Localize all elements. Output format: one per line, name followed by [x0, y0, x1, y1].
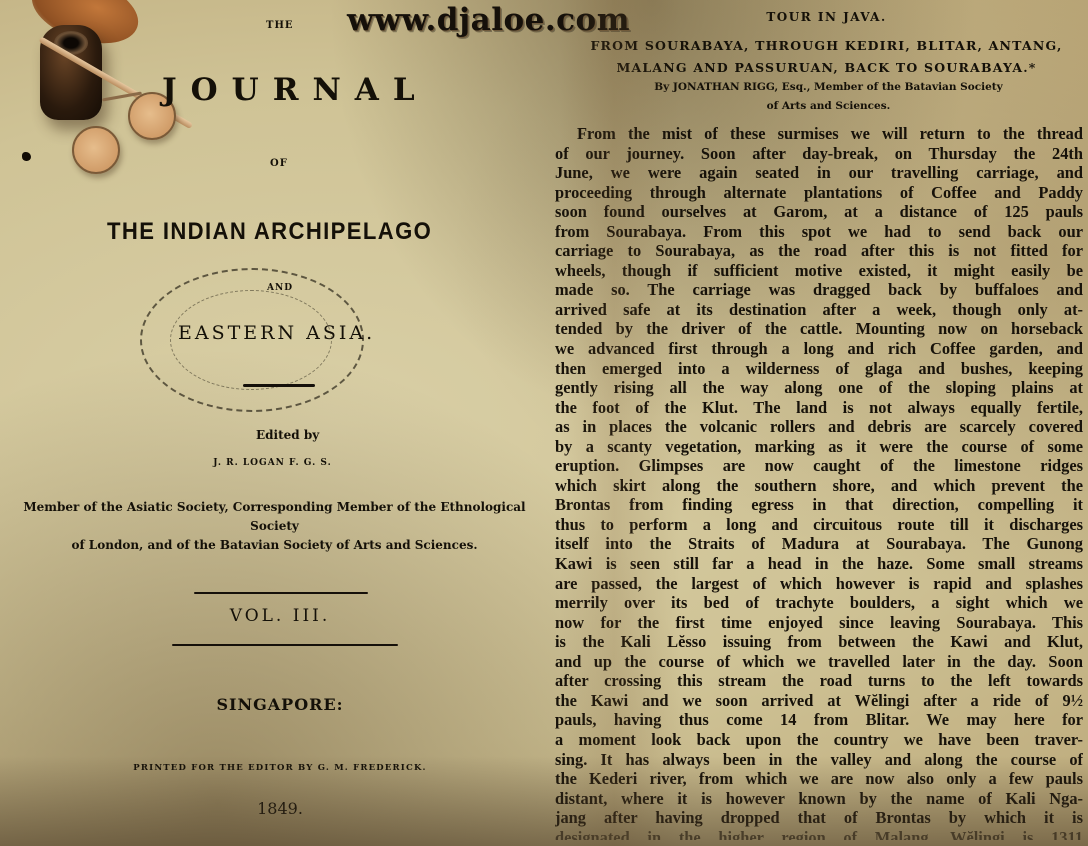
editor-name: J. R. LOGAN F. G. S. — [0, 458, 545, 468]
article-body-line: is the Kali Lĕsso issuing from between t… — [555, 632, 1083, 652]
site-watermark: www.djaloe.com — [347, 2, 630, 38]
article-body-line: pauls, having thus come 14 from Blitar. … — [555, 710, 1083, 730]
title-of: OF — [270, 158, 288, 169]
edited-by-label: Edited by — [256, 428, 319, 442]
article-body-line: and up the course of which we travelled … — [555, 652, 1083, 672]
article-body-line: then emerged into a wilderness of glaga … — [555, 359, 1083, 379]
title-main: THE INDIAN ARCHIPELAGO — [107, 218, 432, 246]
spectacles-lens-icon — [72, 126, 120, 174]
article-body-line: soon found ourselves at Garom, at a dist… — [555, 202, 1083, 222]
title-and: AND — [267, 283, 293, 293]
affiliation-line-2: of London, and of the Batavian Society o… — [12, 536, 537, 555]
article-body-line: tended by the driver of the cattle. Moun… — [555, 319, 1083, 339]
divider-rule — [243, 384, 315, 387]
title-journal: JOURNAL — [162, 72, 429, 108]
publication-city: SINGAPORE: — [0, 695, 560, 714]
article-body-line: Brontas from finding egress in that dire… — [555, 495, 1083, 515]
article-body-line: thus to perform a long and circuitous ro… — [555, 515, 1083, 535]
article-subtitle-line-1: FROM SOURABAYA, THROUGH KEDIRI, BLITAR, … — [555, 38, 1088, 53]
article-byline-line-2: of Arts and Sciences. — [557, 100, 1088, 112]
article-body-line: which skirt along the southern shore, an… — [555, 476, 1083, 496]
article-body-line: wheels, though if sufficient motive exis… — [555, 261, 1083, 281]
affiliation-line-1: Member of the Asiatic Society, Correspon… — [12, 498, 537, 536]
ink-blot — [22, 152, 31, 161]
article-body-line: June, we were again seated in our travel… — [555, 163, 1083, 183]
article-body-line: made so. The carriage was dragged back b… — [555, 280, 1083, 300]
article-body-line: distant, where it is however known by th… — [555, 789, 1083, 809]
article-body: From the mist of these surmises we will … — [555, 124, 1083, 840]
article-body-line: a moment look back upon the country we h… — [555, 730, 1083, 750]
article-body-line: the foot of the Klut. The land is not al… — [555, 398, 1083, 418]
title-subtitle: EASTERN ASIA. — [178, 322, 375, 344]
article-body-line: as in places the volcanic rollers and de… — [555, 417, 1083, 437]
article-body-line: by a scanty vegetation, marking as it we… — [555, 437, 1083, 457]
article-body-line: Kawi is seen still far a head in the haz… — [555, 554, 1083, 574]
editor-affiliations: Member of the Asiatic Society, Correspon… — [12, 498, 537, 555]
title-page: THE JOURNAL OF THE INDIAN ARCHIPELAGO AN… — [0, 0, 545, 846]
article-body-line: gently rising all the way along one of t… — [555, 378, 1083, 398]
article-body-line: itself into the Straits of Madura at Sou… — [555, 534, 1083, 554]
printer-line: PRINTED FOR THE EDITOR BY G. M. FREDERIC… — [0, 763, 560, 773]
article-body-line: the Kederi river, from which we are now … — [555, 769, 1083, 789]
article-body-line: carriage to Sourabaya, as the road after… — [555, 241, 1083, 261]
article-body-line: from Sourabaya. From this spot we had to… — [555, 222, 1083, 242]
article-byline-line-1: By JONATHAN RIGG, Esq., Member of the Ba… — [557, 81, 1088, 93]
article-body-line: now for the first time enjoyed since lea… — [555, 613, 1083, 633]
title-the: THE — [266, 20, 294, 31]
divider-rule — [194, 592, 368, 594]
article-body-line: we advanced first through a long and ric… — [555, 339, 1083, 359]
volume-number: VOL. III. — [0, 606, 560, 626]
article-subtitle-line-2: MALANG AND PASSURUAN, BACK TO SOURABAYA.… — [555, 60, 1088, 75]
article-body-line: the Kawi and we soon arrived at Wĕlingi … — [555, 691, 1083, 711]
article-body-line: From the mist of these surmises we will … — [555, 124, 1083, 144]
article-body-line: of our journey. Soon after day-break, on… — [555, 144, 1083, 164]
article-body-line: arrived safe at its destination after a … — [555, 300, 1083, 320]
article-body-line: eruption. Glimpses are now caught of the… — [555, 456, 1083, 476]
article-title: TOUR IN JAVA. — [555, 10, 1088, 24]
article-body-line: designated in the higher region of Malan… — [555, 828, 1083, 840]
publication-year: 1849. — [0, 799, 560, 818]
article-body-line: after crossing this stream the road turn… — [555, 671, 1083, 691]
article-body-line: sing. It has always been in the valley a… — [555, 750, 1083, 770]
article-body-line: merrily over its bed of trachyte boulder… — [555, 593, 1083, 613]
article-body-line: proceeding through alternate plantations… — [555, 183, 1083, 203]
article-page: TOUR IN JAVA. FROM SOURABAYA, THROUGH KE… — [545, 0, 1088, 846]
article-body-line: are passed, the largest of which however… — [555, 574, 1083, 594]
divider-rule — [172, 644, 398, 646]
article-body-line: jang after having dropped that of Bronta… — [555, 808, 1083, 828]
